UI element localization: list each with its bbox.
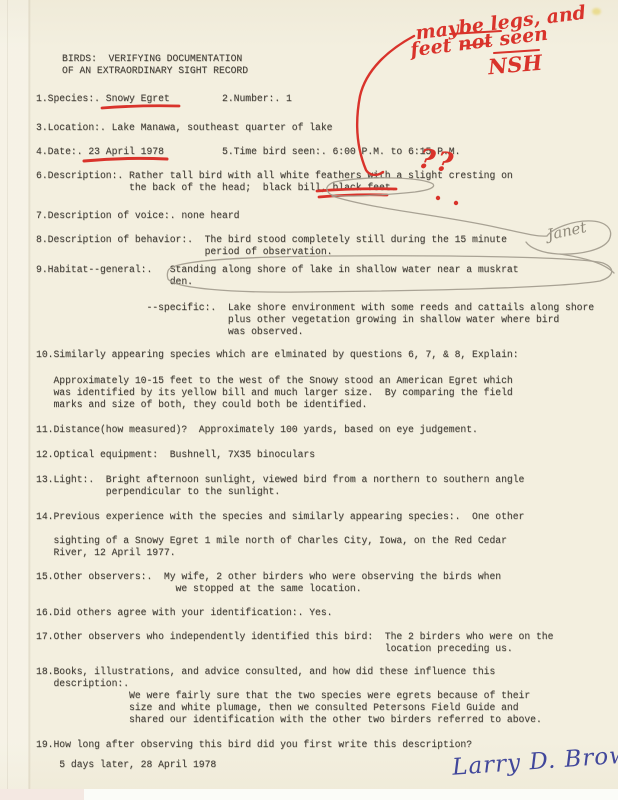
field-distance: 11.Distance(how measured)? Approximately… (36, 424, 478, 436)
field-similar-species: 10.Similarly appearing species which are… (36, 349, 519, 361)
how-long-after-answer: 5 days later, 28 April 1978 (36, 759, 216, 771)
similar-species-answer: Approximately 10-15 feet to the west of … (36, 375, 513, 411)
red-note-initials: NSH (487, 50, 543, 80)
paper-stain (592, 8, 601, 15)
field-independent-id: 17.Other observers who independently ide… (36, 631, 553, 655)
scan-edge-tint (0, 789, 84, 800)
paper-fold-line (7, 0, 8, 789)
field-habitat-general: 9.Habitat--general:. Standing along shor… (36, 264, 519, 288)
field-other-observers: 15.Other observers:. My wife, 2 other bi… (36, 571, 501, 595)
field-species-and-number: 1.Species:. Snowy Egret 2.Number:. 1 (36, 93, 292, 105)
field-optical-equipment: 12.Optical equipment: Bushnell, 7X35 bin… (36, 449, 315, 461)
red-question-marks: ?? (417, 143, 457, 179)
field-habitat-specific: --specific:. Lake shore environment with… (36, 302, 594, 338)
field-others-agree: 16.Did others agree with your identifica… (36, 607, 333, 619)
scan-background (0, 789, 618, 800)
scanned-document-page: BIRDS: VERIFYING DOCUMENTATION OF AN EXT… (0, 0, 618, 789)
form-title: BIRDS: VERIFYING DOCUMENTATION OF AN EXT… (62, 53, 248, 77)
field-how-long-after: 19.How long after observing this bird di… (36, 739, 472, 751)
field-date-and-time: 4.Date:. 23 April 1978 5.Time bird seen:… (36, 146, 460, 158)
field-location: 3.Location:. Lake Manawa, southeast quar… (36, 122, 333, 134)
field-previous-experience: 14.Previous experience with the species … (36, 511, 524, 559)
field-light: 13.Light:. Bright afternoon sunlight, vi… (36, 474, 524, 498)
field-voice: 7.Description of voice:. none heard (36, 210, 239, 222)
field-books-consulted: 18.Books, illustrations, and advice cons… (36, 666, 542, 726)
field-behavior: 8.Description of behavior:. The bird sto… (36, 234, 507, 258)
